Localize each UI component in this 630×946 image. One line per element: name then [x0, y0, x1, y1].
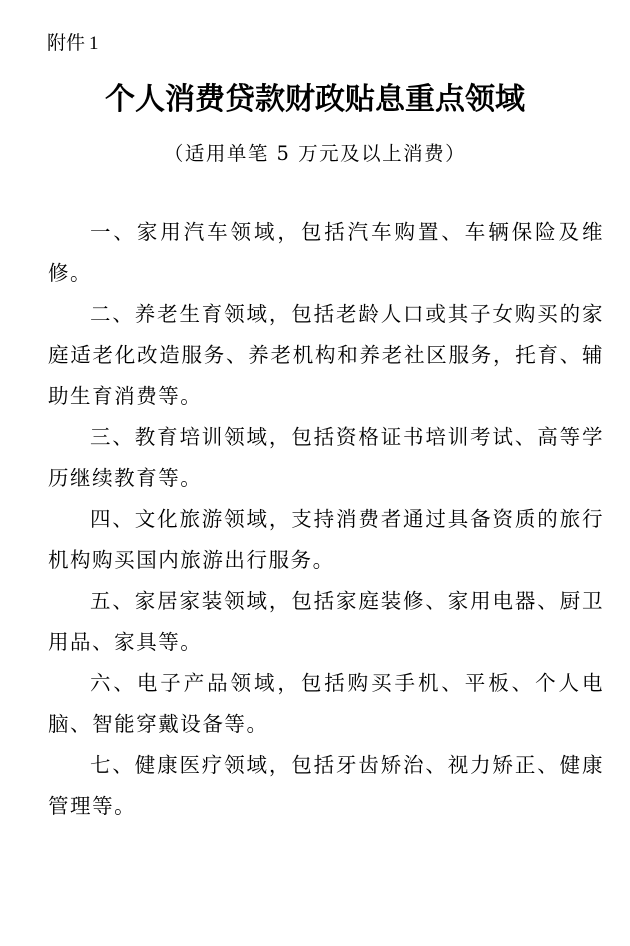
attachment-label: 附件1: [47, 30, 99, 57]
paragraph-home-furnishing: 五、家居家装领域，包括家庭装修、家用电器、厨卫用品、家具等。: [48, 581, 604, 663]
attachment-number: 1: [89, 33, 99, 54]
paragraph-elderly-care-childbirth: 二、养老生育领域，包括老龄人口或其子女购买的家庭适老化改造服务、养老机构和养老社…: [48, 294, 604, 417]
document-body: 一、家用汽车领域，包括汽车购置、车辆保险及维修。 二、养老生育领域，包括老龄人口…: [48, 212, 604, 827]
paragraph-culture-tourism: 四、文化旅游领域，支持消费者通过具备资质的旅行机构购买国内旅游出行服务。: [48, 499, 604, 581]
paragraph-health-medical: 七、健康医疗领域，包括牙齿矫治、视力矫正、健康管理等。: [48, 745, 604, 827]
document-subtitle: （适用单笔 5 万元及以上消费）: [0, 139, 630, 169]
paragraph-electronics: 六、电子产品领域，包括购买手机、平板、个人电脑、智能穿戴设备等。: [48, 663, 604, 745]
document-title: 个人消费贷款财政贴息重点领域: [0, 78, 630, 122]
paragraph-family-cars: 一、家用汽车领域，包括汽车购置、车辆保险及维修。: [48, 212, 604, 294]
attachment-label-text: 附件: [47, 32, 85, 54]
paragraph-education-training: 三、教育培训领域，包括资格证书培训考试、高等学历继续教育等。: [48, 417, 604, 499]
